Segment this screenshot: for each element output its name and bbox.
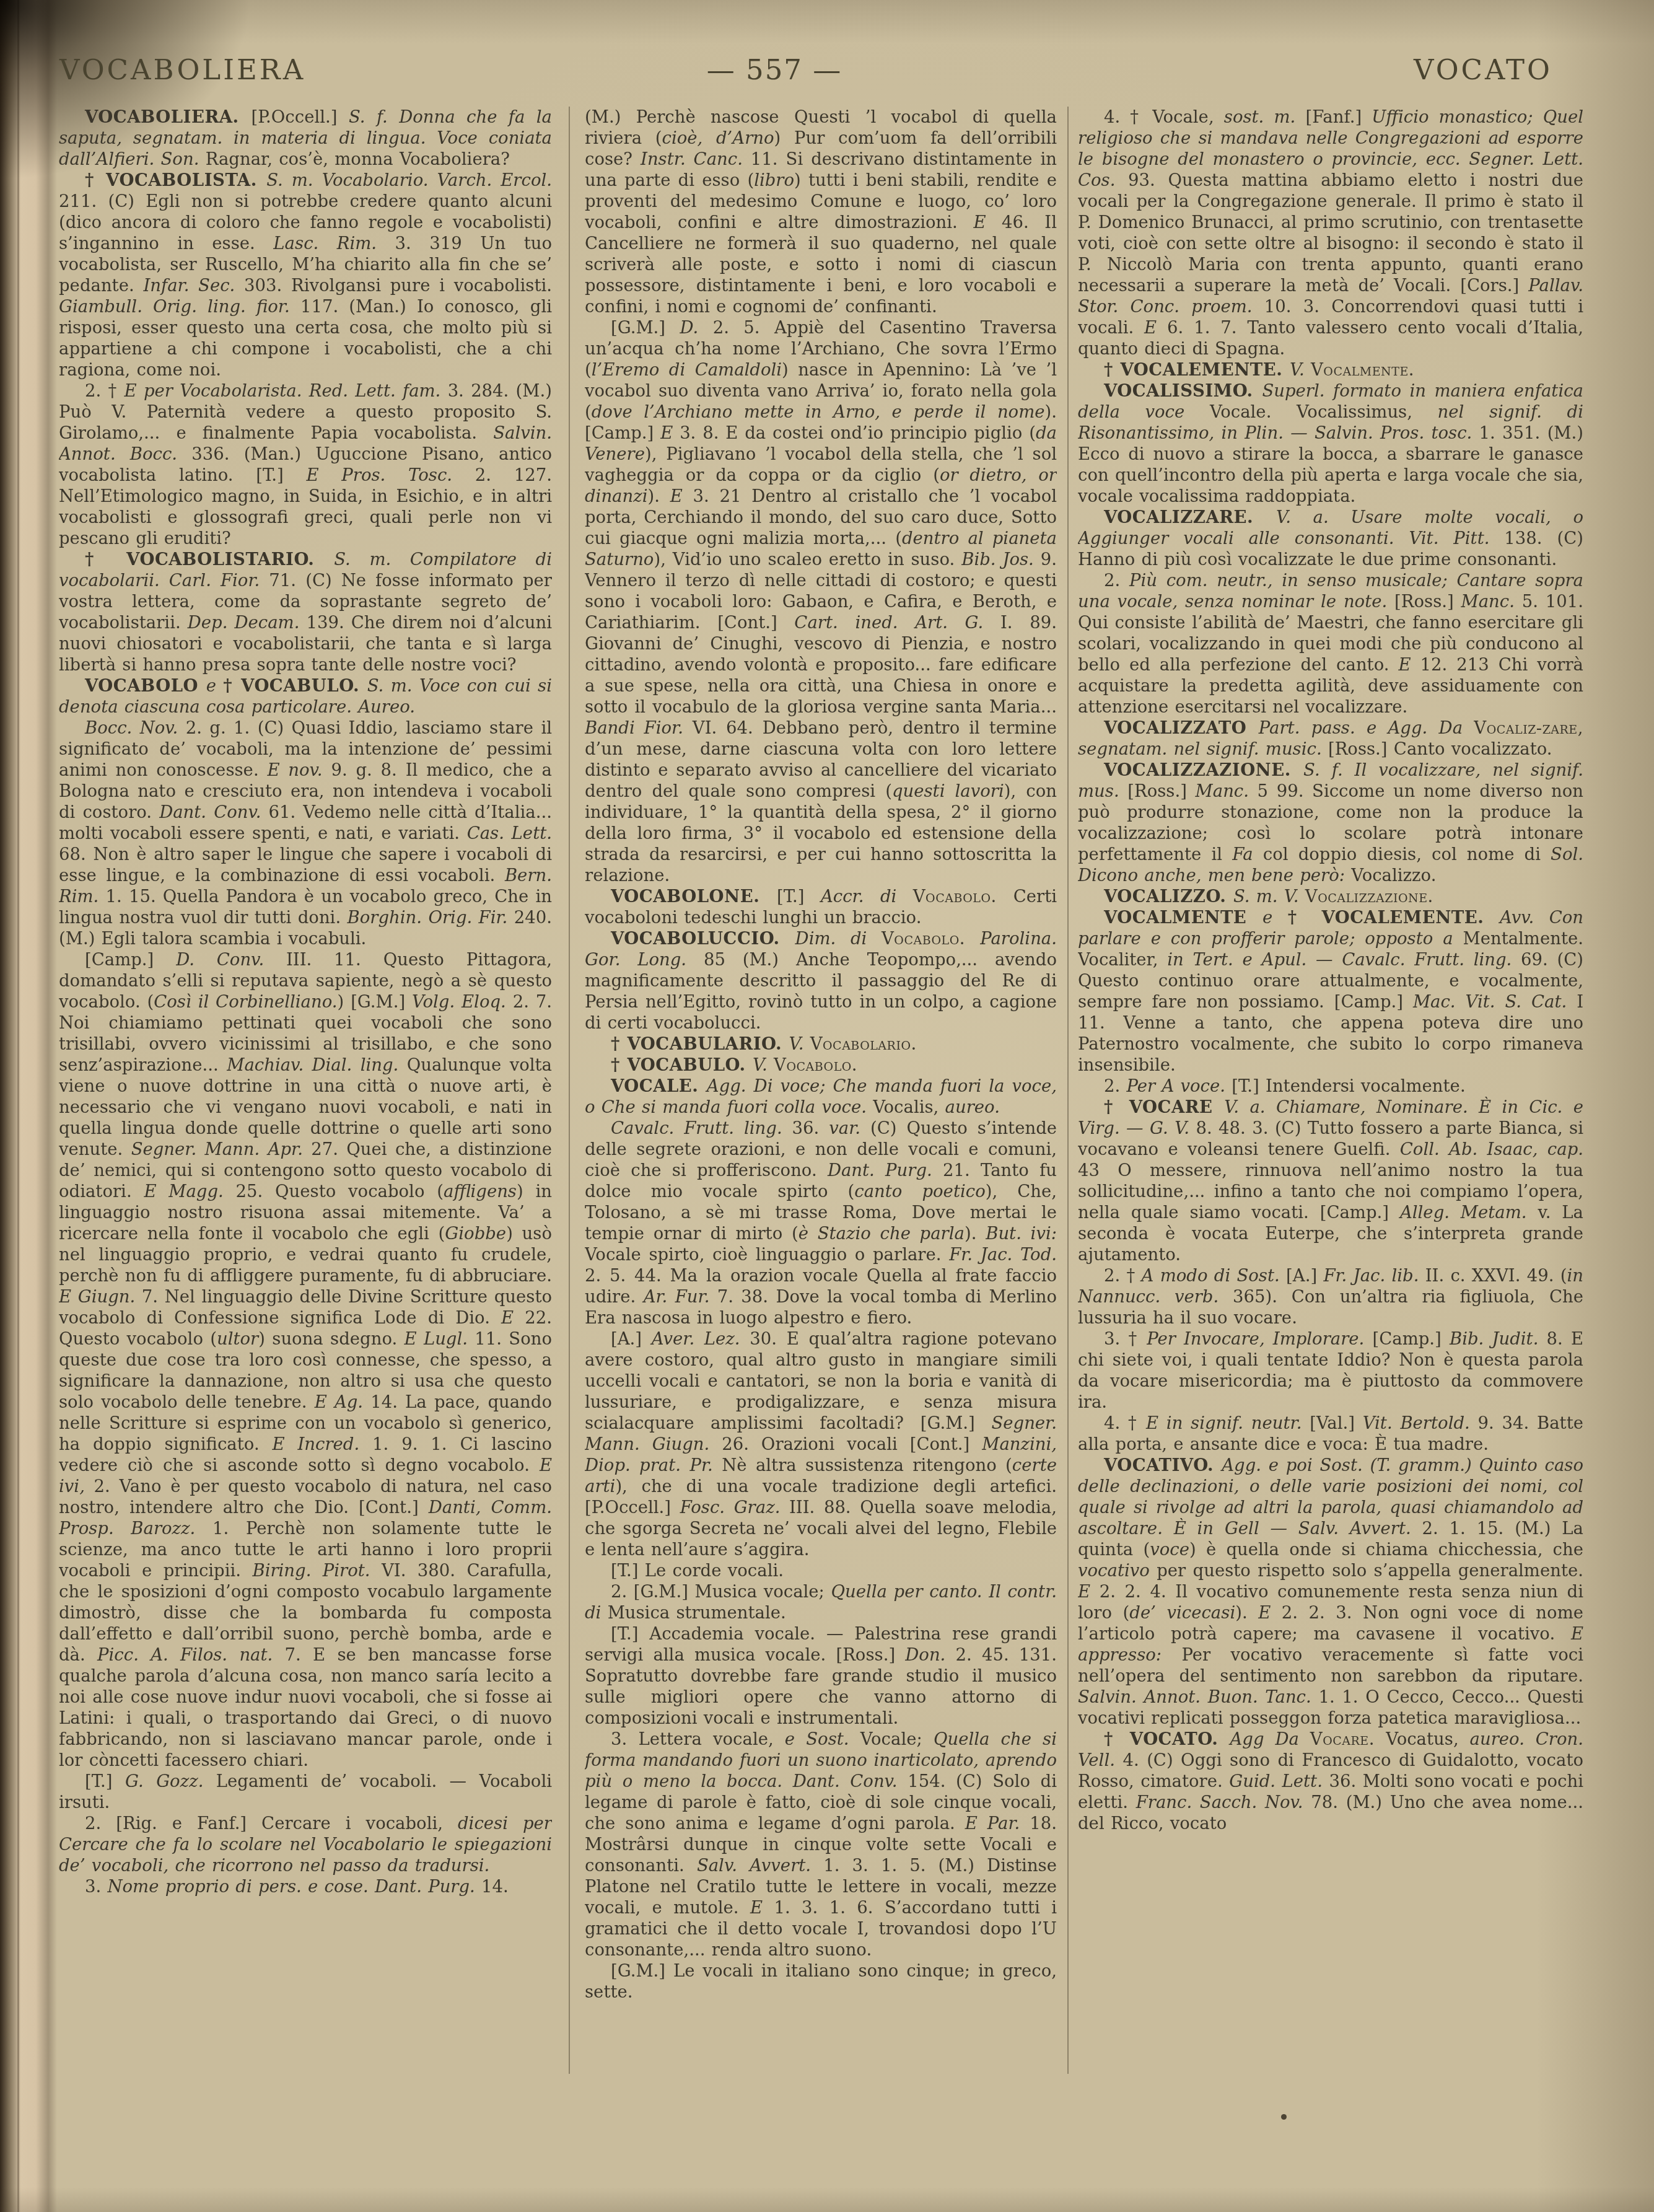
column-rule-1 <box>569 107 570 2074</box>
text-segment: 2. <box>1104 571 1129 590</box>
dictionary-paragraph: 2. Più com. neutr., in senso musicale; C… <box>1078 570 1583 718</box>
text-segment: 3. † <box>1104 1329 1147 1349</box>
text-segment: [A.] <box>1286 1266 1323 1286</box>
text-segment: 68. Non è altro saper le lingue che sape… <box>59 845 552 885</box>
text-segment: E nov. <box>267 760 331 780</box>
text-segment: E per Vocabolarista. Red. Lett. fam. <box>125 381 448 401</box>
text-segment: [G.M.] Le vocali in italiano sono cinque… <box>585 1961 1057 2002</box>
text-segment: 2. † <box>85 381 125 401</box>
text-segment: [Ross.] Canto vocalizzato. <box>1328 739 1552 759</box>
text-segment: E <box>973 213 1002 232</box>
dictionary-paragraph: 4. † Vocale, sost. m. [Fanf.] Ufficio mo… <box>1078 107 1583 359</box>
text-segment: Coll. Ab. Isaac, cap. <box>1400 1139 1583 1159</box>
text-segment: Picc. A. Filos. nat. <box>97 1645 285 1665</box>
dictionary-paragraph: 2. † A modo di Sost. [A.] Fr. Jac. lib. … <box>1078 1265 1583 1328</box>
dictionary-paragraph: † VOCABOLISTA. S. m. Vocabolario. Varch.… <box>59 170 552 380</box>
text-segment: 2. [Rig. e Fanf.] Cercare i vocaboli, <box>85 1814 458 1833</box>
dictionary-paragraph: † VOCATO. Agg Da Vocare. Vocatus, aureo.… <box>1078 1729 1583 1834</box>
text-segment: E <box>660 423 680 443</box>
text-segment: Vocalis, <box>873 1097 945 1117</box>
text-segment: Aver. Lez. <box>652 1329 750 1349</box>
text-segment: II. c. XXVI. 49. ( <box>1425 1266 1567 1286</box>
text-segment: questi lavori <box>892 781 1004 801</box>
text-segment: Cas. Lett. <box>467 823 552 843</box>
text-segment: col doppio diesis, col nome di <box>1263 845 1551 864</box>
text-segment: Accr. di <box>821 887 913 906</box>
dictionary-paragraph: † VOCABULO. V. Vocabolo. <box>585 1055 1057 1076</box>
text-segment: Vocare. <box>1310 1729 1386 1749</box>
dictionary-paragraph: [Camp.] D. Conv. III. 11. Questo Pittago… <box>59 949 552 1771</box>
text-segment: canto poetico <box>854 1182 985 1201</box>
text-segment: ultor <box>217 1329 258 1349</box>
text-segment: var. <box>829 1118 870 1138</box>
text-segment: Vocabolario. <box>810 1034 917 1054</box>
text-segment: Dep. Decam. <box>188 613 307 633</box>
text-column-1: VOCABOLIERA. [P.Occell.] S. f. Donna che… <box>59 107 552 2089</box>
dictionary-paragraph: VOCALMENTE e † VOCALEMENTE. Avv. Con par… <box>1078 907 1583 1076</box>
text-segment: E in signif. neutr. <box>1146 1413 1310 1433</box>
text-segment: Salvin. Annot. Buon. Tanc. <box>1078 1687 1318 1707</box>
text-segment: 4. † Vocale, <box>1104 107 1224 127</box>
running-head-right-word: VOCATO <box>1414 53 1552 86</box>
text-segment: dove l’Archiano mette in Arno, e perde i… <box>592 402 1045 422</box>
text-segment: Vocaliz-zare, <box>1474 718 1583 738</box>
text-segment: [Camp.] <box>1373 1329 1450 1349</box>
text-segment: VOCALISSIMO. <box>1104 381 1262 401</box>
text-segment: 36. <box>792 1118 829 1138</box>
text-segment: Fa <box>1232 845 1263 864</box>
text-segment: Fr. Jac. Tod. <box>949 1245 1057 1265</box>
dictionary-paragraph: VOCALIZZARE. V. a. Usare molte vocali, o… <box>1078 507 1583 570</box>
text-segment: [T.] <box>777 887 821 906</box>
text-segment: Fosc. Graz. <box>680 1498 789 1517</box>
text-segment: Biring. Pirot. <box>252 1561 382 1581</box>
text-segment: 4. † <box>1104 1413 1146 1433</box>
text-segment: E Pros. Tosc. <box>306 465 475 485</box>
text-segment: E Giugn. <box>59 1287 142 1307</box>
text-segment: 26. Orazioni vocali [Cont.] <box>722 1434 982 1454</box>
text-segment: Vocalizzo. <box>1351 866 1436 885</box>
text-segment: aureo. <box>945 1097 1000 1117</box>
ink-speck <box>1281 2114 1287 2120</box>
text-segment: VOCALMENTE <box>1104 908 1262 928</box>
text-segment: Musica strumentale. <box>608 1603 786 1623</box>
text-segment: Volg. Eloq. <box>412 992 513 1012</box>
text-segment: VOCABOLUCCIO. <box>611 929 795 949</box>
text-segment: ), Vid’io uno scaleo eretto in suso. <box>654 550 961 569</box>
text-segment: E Par. <box>965 1814 1030 1833</box>
text-segment: ). <box>965 1224 986 1244</box>
text-segment: E Lugl. <box>405 1329 475 1349</box>
text-segment: Infar. Sec. <box>143 276 244 296</box>
page-edge-crease <box>17 0 19 2212</box>
text-segment: D. <box>680 318 713 338</box>
text-segment: Vocabolo. <box>913 887 1013 906</box>
text-segment: E <box>1258 1603 1282 1623</box>
dictionary-paragraph: VOCATIVO. Agg. e poi Sost. (T. gramm.) Q… <box>1078 1455 1583 1729</box>
text-segment: 14. <box>481 1877 509 1897</box>
text-segment: Machiav. Dial. ling. <box>227 1055 407 1075</box>
text-segment: Segner. Mann. Apr. <box>131 1139 312 1159</box>
text-segment: 3. Lettera vocale, <box>611 1729 785 1749</box>
text-segment: Ragnar, cos’è, monna Vocaboliera? <box>206 149 510 169</box>
text-segment: [Ross.] <box>1394 592 1461 612</box>
dictionary-paragraph: VOCABOLONE. [T.] Accr. di Vocabolo. Cert… <box>585 886 1057 928</box>
dictionary-paragraph: [T.] G. Gozz. Legamenti de’ vocaboli. — … <box>59 1771 552 1813</box>
text-segment: E Incred. <box>273 1434 373 1454</box>
text-segment: è Stazio che parla <box>799 1224 965 1244</box>
dictionary-paragraph: 2. [Rig. e Fanf.] Cercare i vocaboli, di… <box>59 1813 552 1876</box>
text-segment: Agg Da <box>1230 1729 1310 1749</box>
text-segment: Manc. <box>1461 592 1522 612</box>
text-segment: † VOCALEMENTE. <box>1104 360 1290 380</box>
text-segment: Vocale. Vocalissimus, <box>1210 402 1438 422</box>
text-segment: Dant. Purg. <box>828 1161 943 1180</box>
text-segment: Bib. Judit. <box>1450 1329 1547 1349</box>
text-segment: [T.] Intendersi vocalmente. <box>1232 1076 1465 1096</box>
text-segment: Fr. Jac. lib. <box>1323 1266 1425 1286</box>
text-segment: ) è quella onde si chiama chicchessia, c… <box>1189 1540 1583 1560</box>
text-segment: V. <box>1290 360 1311 380</box>
text-segment: Part. pass. e Agg. Da <box>1259 718 1474 738</box>
text-segment: Per Invocare, Implorare. <box>1147 1329 1372 1349</box>
text-segment: [P.Occell.] <box>251 107 348 127</box>
text-segment: Vocalmente. <box>1311 360 1414 380</box>
text-segment: G. Gozz. <box>125 1771 216 1791</box>
dictionary-paragraph: VOCABOLO e † VOCABULO. S. m. Voce con cu… <box>59 675 552 718</box>
dictionary-paragraph: VOCALE. Agg. Di voce; Che manda fuori la… <box>585 1076 1057 1118</box>
dictionary-paragraph: VOCABOLIERA. [P.Occell.] S. f. Donna che… <box>59 107 552 170</box>
text-segment: ). <box>1235 1603 1258 1623</box>
text-segment: Giambull. Orig. ling. fior. <box>59 297 300 317</box>
text-segment: Dim. di <box>795 929 882 949</box>
text-segment: E <box>670 486 693 506</box>
dictionary-paragraph: [T.] Le corde vocali. <box>585 1560 1057 1581</box>
text-segment: † VOCABULO. <box>223 676 367 696</box>
text-segment: Manc. <box>1196 781 1258 801</box>
text-segment: Bib. Jos. <box>961 550 1041 569</box>
dictionary-paragraph: 2. Per A voce. [T.] Intendersi vocalment… <box>1078 1076 1583 1097</box>
text-segment: E Ag. <box>315 1392 371 1412</box>
text-segment: vocativo <box>1078 1561 1157 1581</box>
dictionary-paragraph: † VOCABOLISTARIO. S. m. Compilatore di v… <box>59 549 552 675</box>
text-segment: † VOCALEMENTE. <box>1288 908 1500 928</box>
text-segment: VOCABOLIERA. <box>85 107 251 127</box>
dictionary-paragraph: 3. Nome proprio di pers. e cose. Dant. P… <box>59 1876 552 1897</box>
text-segment: E <box>750 1898 774 1918</box>
text-segment: 2. <box>1104 1076 1126 1096</box>
text-segment: † VOCARE <box>1104 1097 1224 1117</box>
running-head-page-number: — 557 — <box>632 53 917 86</box>
text-segment: l’Eremo di Camaldoli <box>592 360 782 380</box>
text-segment: Guid. Lett. <box>1229 1771 1329 1791</box>
text-segment: Vocatus, <box>1386 1729 1469 1749</box>
text-segment: [T.] <box>85 1771 125 1791</box>
text-segment: affligens <box>444 1182 517 1201</box>
text-segment: Don. <box>905 1645 955 1665</box>
text-segment: [Fanf.] <box>1305 107 1372 127</box>
text-segment: D. Conv. <box>176 950 286 970</box>
text-segment: Dant. Conv. <box>159 802 268 822</box>
dictionary-paragraph: 3. Lettera vocale, e Sost. Vocale; Quell… <box>585 1729 1057 1960</box>
dictionary-paragraph: [G.M.] D. 2. 5. Appiè del Casentino Trav… <box>585 317 1057 886</box>
text-segment: † VOCABULO. <box>611 1055 753 1075</box>
text-segment: E <box>501 1308 525 1328</box>
text-segment: VOCALE. <box>611 1076 707 1096</box>
text-segment: [Ross.] <box>1127 781 1195 801</box>
text-segment: de’ vicecasi <box>1129 1603 1235 1623</box>
text-segment: Giobbe <box>445 1224 506 1244</box>
text-segment: VOCATIVO. <box>1104 1455 1222 1475</box>
text-segment: S. m. Vocabolario. Varch. Ercol. <box>266 170 552 190</box>
text-segment: Ar. Fur. <box>644 1287 717 1307</box>
text-segment: voce <box>1150 1540 1189 1560</box>
text-column-2: (M.) Perchè nascose Questi ’l vocabol di… <box>585 107 1057 2089</box>
text-segment: 2. † <box>1104 1266 1142 1286</box>
text-segment: 2. [G.M.] Musica vocale; <box>611 1582 831 1602</box>
text-segment: VOCALIZZARE. <box>1104 507 1276 527</box>
text-segment: Vocabolo. <box>774 1055 857 1075</box>
text-segment: [A.] <box>611 1329 652 1349</box>
text-segment: E <box>1398 655 1420 675</box>
text-segment: Bocc. Nov. <box>85 718 186 738</box>
text-segment: e <box>206 676 224 696</box>
text-segment: Nome proprio di pers. e cose. Dant. Purg… <box>107 1877 481 1897</box>
dictionary-paragraph: † VOCALEMENTE. V. Vocalmente. <box>1078 359 1583 380</box>
text-segment: cioè, d’Arno <box>662 128 774 148</box>
text-segment: ). <box>648 486 670 506</box>
text-segment: V. <box>753 1055 774 1075</box>
text-segment: VOCALIZZAZIONE. <box>1104 760 1303 780</box>
text-segment: Così il Corbinelliano. <box>154 992 337 1012</box>
text-segment: ) [G.M.] <box>338 992 413 1012</box>
text-segment: e <box>1262 908 1288 928</box>
text-segment: [G.M.] <box>611 318 680 338</box>
dictionary-paragraph: [T.] Accademia vocale. — Palestrina rese… <box>585 1623 1057 1729</box>
text-segment: Nè altra sussistenza ritengono ( <box>722 1455 1012 1475</box>
text-segment: Alleg. Metam. <box>1400 1203 1538 1222</box>
text-segment: † VOCABOLISTARIO. <box>85 550 334 569</box>
text-segment: 3. 8. E da costei ond’io principio pigli… <box>680 423 1036 443</box>
text-segment: E <box>1078 1582 1100 1602</box>
running-head-left-word: VOCABOLIERA <box>59 53 305 86</box>
text-segment: Cavalc. Frutt. ling. <box>611 1118 792 1138</box>
dictionary-paragraph: 3. † Per Invocare, Implorare. [Camp.] Bi… <box>1078 1328 1583 1413</box>
text-segment: Vit. Bertold. <box>1363 1413 1478 1433</box>
running-head: VOCABOLIERA — 557 — VOCATO <box>0 53 1654 90</box>
text-segment: 303. Rivolgansi pure i vocabolisti. <box>244 276 552 296</box>
text-segment: VOCABOLONE. <box>611 887 777 906</box>
dictionary-paragraph: † VOCABULARIO. V. Vocabolario. <box>585 1034 1057 1055</box>
text-segment: † VOCABOLISTA. <box>85 170 266 190</box>
dictionary-paragraph: [A.] Aver. Lez. 30. E qual’altra ragione… <box>585 1328 1057 1560</box>
text-segment: in Tert. e Apul. — Cavalc. Frutt. ling. <box>1167 950 1521 970</box>
dictionary-paragraph: Bocc. Nov. 2. g. 1. (C) Quasi Iddio, las… <box>59 718 552 949</box>
dictionary-paragraph: 4. † E in signif. neutr. [Val.] Vit. Ber… <box>1078 1413 1583 1455</box>
text-segment: Bandi Fior. <box>585 718 693 738</box>
dictionary-paragraph: VOCALIZZATO Part. pass. e Agg. Da Vocali… <box>1078 718 1583 760</box>
text-segment: libro <box>754 170 794 190</box>
text-segment: E <box>1144 318 1167 338</box>
text-segment: V. <box>789 1034 810 1054</box>
dictionary-paragraph: VOCALIZZAZIONE. S. f. Il vocalizzare, ne… <box>1078 760 1583 886</box>
dictionary-paragraph: (M.) Perchè nascose Questi ’l vocabol di… <box>585 107 1057 317</box>
bottom-shade <box>0 2187 1654 2212</box>
dictionary-paragraph: VOCABOLUCCIO. Dim. di Vocabolo. Parolina… <box>585 928 1057 1034</box>
text-segment: A modo di Sost. <box>1142 1266 1286 1286</box>
text-segment: Vocale spirto, cioè linguaggio o parlare… <box>585 1245 949 1265</box>
book-gutter-edge <box>0 0 57 2212</box>
text-segment: † VOCABULARIO. <box>611 1034 789 1054</box>
text-segment: sost. m. <box>1224 107 1306 127</box>
text-segment: S. m. V. <box>1233 887 1305 906</box>
text-segment: VOCABOLO <box>85 676 206 696</box>
text-segment: Franc. Sacch. Nov. <box>1136 1793 1311 1812</box>
text-column-3: 4. † Vocale, sost. m. [Fanf.] Ufficio mo… <box>1078 107 1583 2089</box>
text-segment: Mac. Vit. S. Cat. <box>1413 992 1577 1012</box>
dictionary-paragraph: VOCALISSIMO. Superl. formato in maniera … <box>1078 380 1583 507</box>
text-segment: e Sost. <box>785 1729 860 1749</box>
text-segment: ) suona sdegno. <box>258 1329 404 1349</box>
dictionary-paragraph: 2. † E per Vocabolarista. Red. Lett. fam… <box>59 380 552 549</box>
text-segment: VOCALIZZO. <box>1104 887 1233 906</box>
text-segment: [Val.] <box>1310 1413 1362 1433</box>
text-segment: 93. Questa mattina abbiamo eletto i nost… <box>1078 170 1583 296</box>
text-segment: Vocale; <box>860 1729 934 1749</box>
text-segment: 3. <box>85 1877 107 1897</box>
text-segment: Borghin. Orig. Fir. <box>348 908 514 928</box>
text-segment: segnatam. nel signif. music. <box>1078 739 1328 759</box>
dictionary-paragraph: Cavalc. Frutt. ling. 36. var. (C) Questo… <box>585 1118 1057 1328</box>
dictionary-paragraph: † VOCARE V. a. Chiamare, Nominare. È in … <box>1078 1097 1583 1265</box>
dictionary-paragraph: [G.M.] Le vocali in italiano sono cinque… <box>585 1960 1057 2003</box>
text-segment: Vocabolo. <box>882 929 980 949</box>
text-segment: [Camp.] <box>85 950 176 970</box>
text-segment: VOCALIZZATO <box>1104 718 1259 738</box>
text-segment: Cart. ined. Art. G. <box>794 613 1000 633</box>
text-segment: † VOCATO. <box>1104 1729 1230 1749</box>
text-segment: [T.] Le corde vocali. <box>611 1561 784 1581</box>
text-segment: Salv. Avvert. <box>697 1856 823 1876</box>
text-segment: But. ivi: <box>986 1224 1057 1244</box>
text-segment: Lasc. Rim. <box>273 234 395 253</box>
dictionary-paragraph: 2. [G.M.] Musica vocale; Quella per cant… <box>585 1581 1057 1623</box>
text-segment: per questo rispetto solo s’appella gener… <box>1157 1561 1583 1581</box>
text-segment: E Magg. <box>144 1182 235 1201</box>
text-segment: Vocalizzazione. <box>1305 887 1433 906</box>
text-segment: Per A voce. <box>1126 1076 1232 1096</box>
scanned-dictionary-page: { "page": { "header": { "left": "VOCABOL… <box>0 0 1654 2212</box>
text-segment: 25. Questo vocabolo ( <box>236 1182 444 1201</box>
text-segment: Instr. Canc. <box>641 149 751 169</box>
dictionary-paragraph: VOCALIZZO. S. m. V. Vocalizzazione. <box>1078 886 1583 907</box>
column-rule-2 <box>1067 107 1069 2074</box>
